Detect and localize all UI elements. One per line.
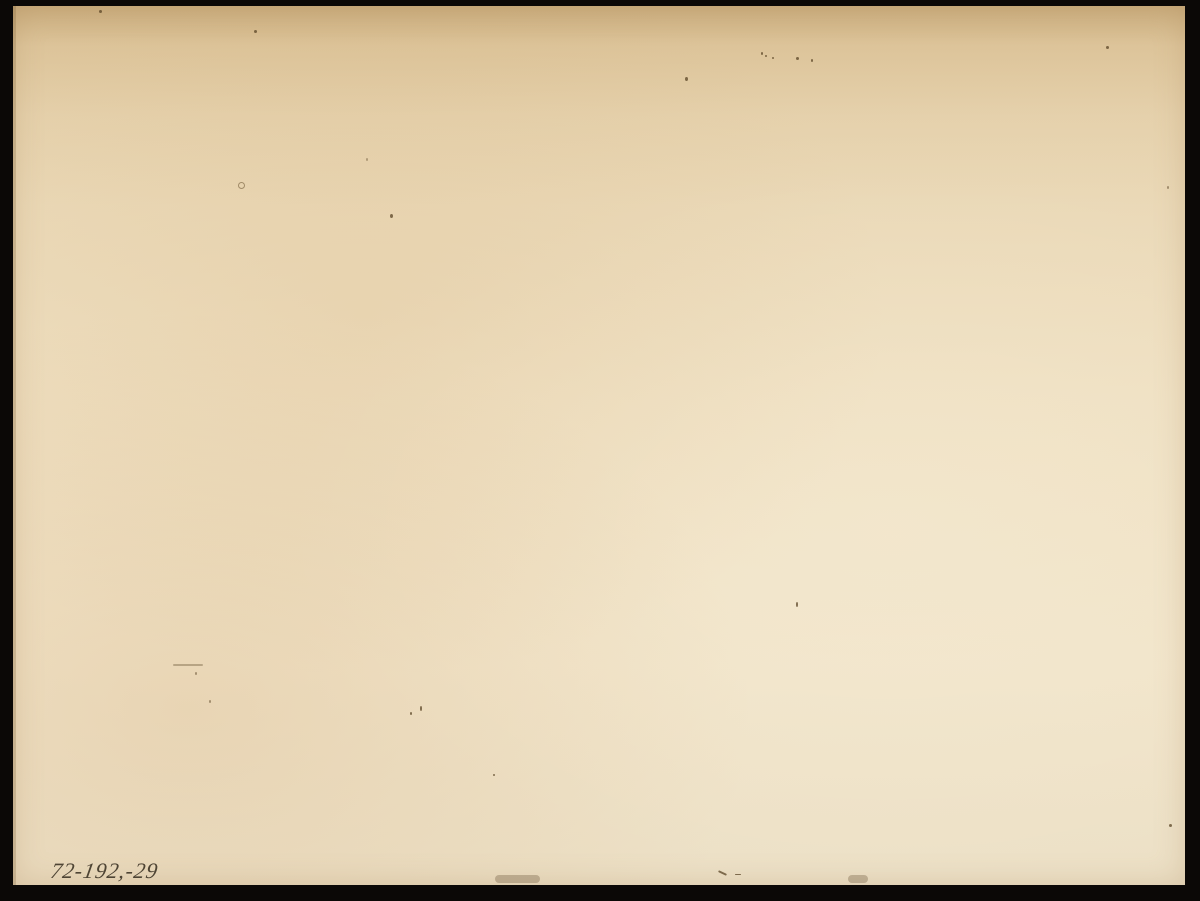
foxing-speck (796, 57, 799, 60)
foxing-speck (195, 672, 197, 675)
foxing-speck (410, 712, 412, 715)
foxing-speck (796, 602, 798, 607)
foxing-speck (1106, 46, 1109, 49)
foxing-speck (254, 30, 257, 33)
foxing-speck (420, 706, 422, 711)
foxing-speck (209, 700, 211, 703)
bottom-edge-stain (848, 875, 868, 883)
foxing-speck (1167, 186, 1169, 189)
foxing-speck (735, 874, 741, 875)
foxing-speck (765, 55, 767, 57)
foxing-speck (811, 59, 813, 62)
foxing-speck (99, 10, 102, 13)
foxing-speck (366, 158, 368, 161)
foxing-speck (238, 182, 245, 189)
foxing-speck (173, 664, 203, 666)
handwritten-inscription: 72-192,-29 (49, 858, 161, 884)
foxing-speck (761, 52, 763, 55)
foxing-speck (718, 870, 727, 876)
foxing-speck (493, 774, 495, 776)
paper-edge-shadow (13, 6, 16, 885)
foxing-speck (390, 214, 393, 218)
bottom-edge-stain (495, 875, 540, 883)
foxing-speck (1169, 824, 1172, 827)
foxing-speck (772, 57, 774, 59)
foxing-speck (685, 77, 688, 81)
paper-sheet: 72-192,-29 (13, 6, 1185, 885)
